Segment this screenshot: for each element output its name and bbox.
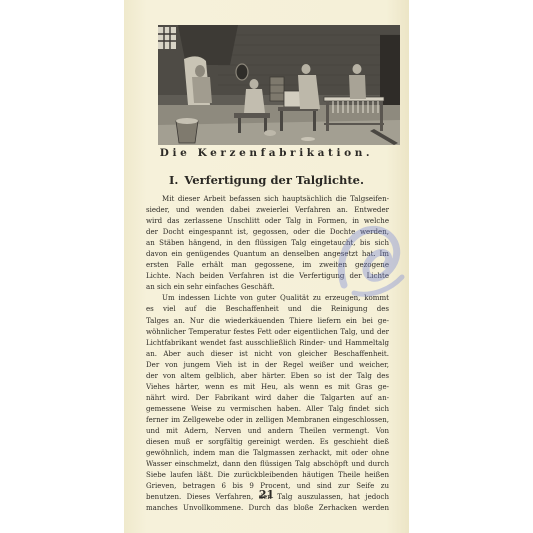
engraving-image [158,25,400,145]
section-heading: I.Verfertigung der Talglichte. [124,173,409,187]
book-page: Die Kerzenfabrikation. I.Verfertigung de… [124,0,409,533]
text-line: Viehes härter, wenn es mit Heu, als wenn… [146,381,389,392]
text-line: an sich ein sehr einfaches Geschäft. [146,281,389,292]
text-line: gemessene Weise zu vermischen haben. All… [146,403,389,414]
text-line: gewöhnlich, indem man die Talgmassen zer… [146,447,389,458]
text-line: wöhnlicher Temperatur festes Fett oder e… [146,326,389,337]
text-line: Mit dieser Arbeit befassen sich hauptsäc… [146,193,389,204]
text-line: Um indessen Lichte von guter Qualität zu… [146,292,389,303]
text-line: der Docht eingespannt ist, gegossen, ode… [146,226,389,237]
text-line: sieder, und wenden dabei zweierlei Verfa… [146,204,389,215]
text-line: Talges an. Nur die wiederkäuenden Thiere… [146,315,389,326]
text-line: Lichtfabrikant wendet fast ausschließlic… [146,337,389,348]
text-line: der von altem gelblich, aber härter. Ebe… [146,370,389,381]
text-line: wird das zerlassene Unschlitt oder Talg … [146,215,389,226]
text-line: an. Aber auch dieser ist nicht von gleic… [146,348,389,359]
text-line: an Stäben hängend, in den flüssigen Talg… [146,237,389,248]
text-line: manches Unvollkommene. Durch das bloße Z… [146,502,389,513]
text-line: diesen muß er sorgfältig gereinigt werde… [146,436,389,447]
text-line: Siebe laufen läßt. Die zurückbleibenden … [146,469,389,480]
workshop-engraving [158,25,400,145]
page-number: 21 [124,488,409,501]
text-line: ferner im Zellgewebe oder in zelligen Me… [146,414,389,425]
illustration-caption: Die Kerzenfabrikation. [124,147,409,159]
text-line: Lichte. Nach beiden Verfahren ist die Ve… [146,270,389,281]
text-line: und mit Adern, Nerven und andern Theilen… [146,425,389,436]
section-number: I. [169,173,178,187]
body-text: Mit dieser Arbeit befassen sich hauptsäc… [146,193,389,513]
text-line: ersten Falle erhält man gegossene, im zw… [146,259,389,270]
text-line: Wasser einschmelzt, dann den flüssigen T… [146,458,389,469]
text-line: davon ein genügendes Quantum an denselbe… [146,248,389,259]
section-title: Verfertigung der Talglichte. [184,173,364,187]
text-line: es viel auf die Beschaffenheit und die R… [146,303,389,314]
text-line: Der von jungem Vieh ist in der Regel wei… [146,359,389,370]
text-line: nährt wird. Der Fabrikant wird daher die… [146,392,389,403]
